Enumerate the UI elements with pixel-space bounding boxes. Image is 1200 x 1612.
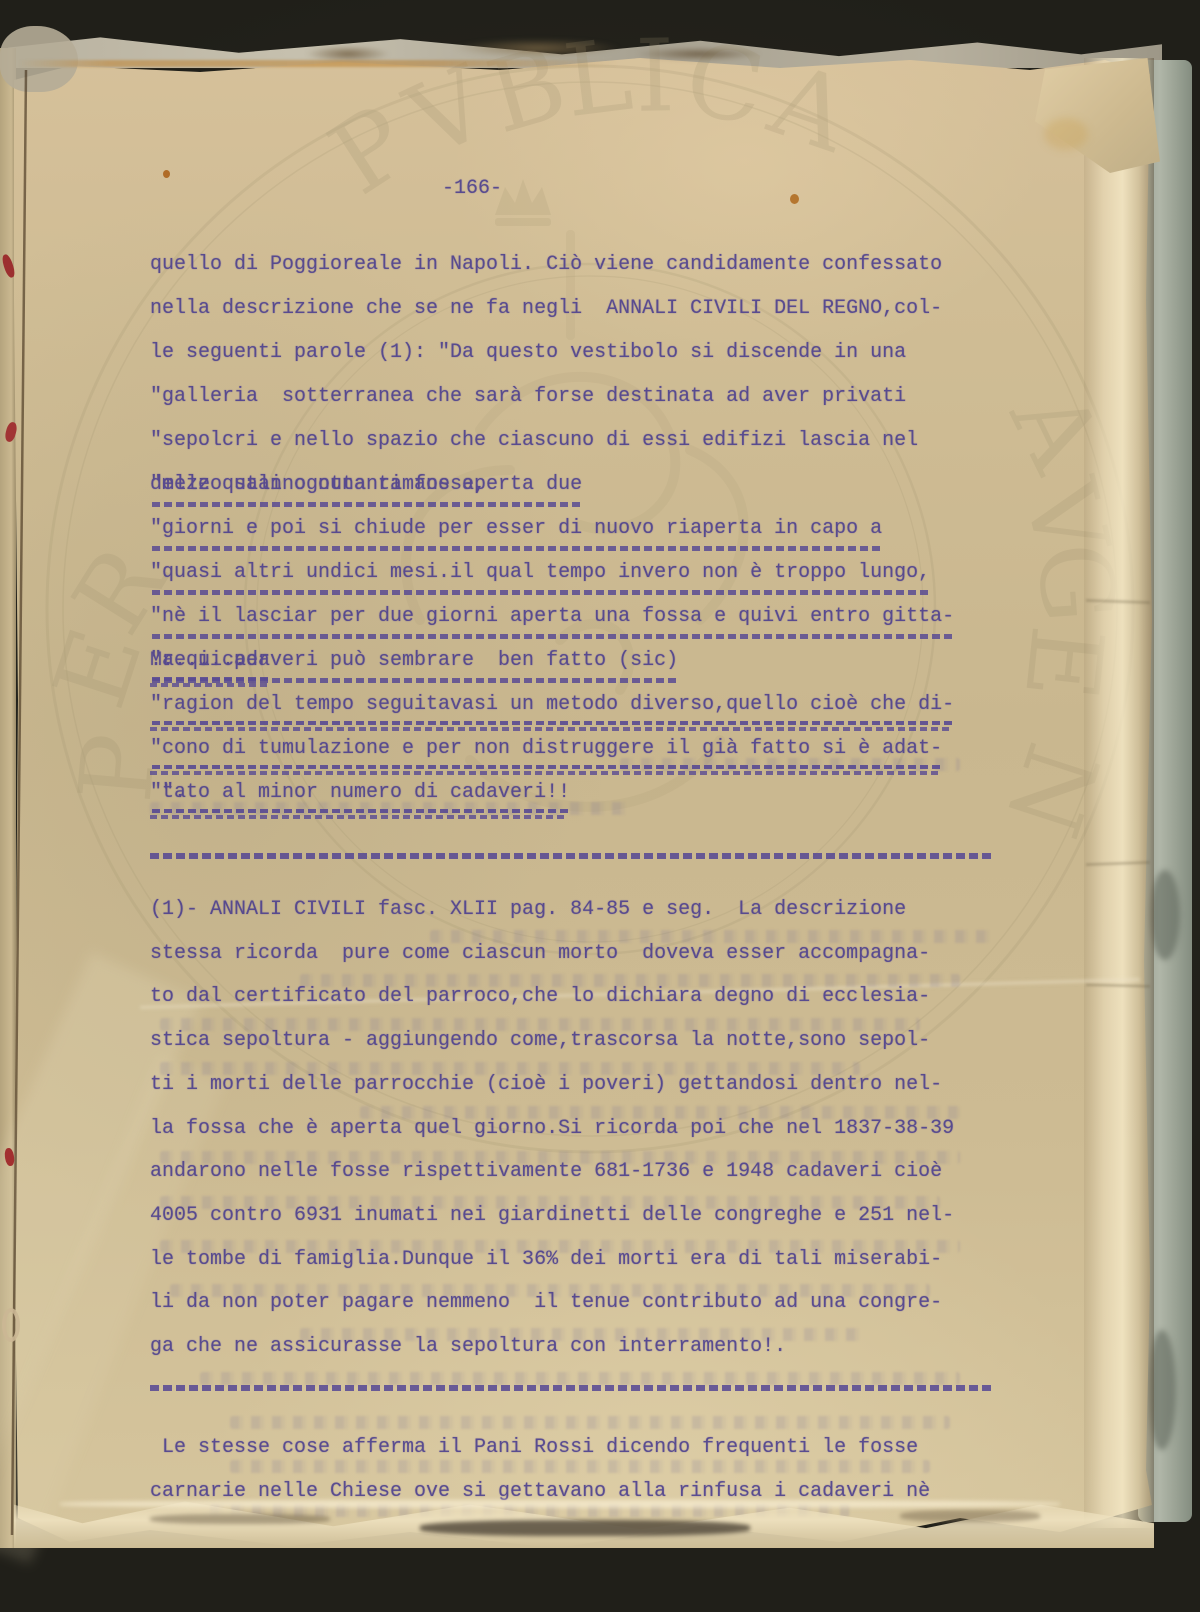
typewritten-text: le tombe di famiglia.Dunque il 36% dei m… [150,1247,942,1273]
typewritten-text: ". [150,780,186,806]
typewritten-text: (1)- ANNALI CIVILI fasc. XLII pag. 84-85… [150,897,906,923]
typewritten-text: to dal certificato del parroco,che lo di… [150,984,930,1010]
typewritten-text: stica sepoltura - aggiungendo come,trasc… [150,1028,930,1054]
typewritten-text: la fossa che è aperta quel giorno.Si ric… [150,1116,954,1142]
underlined-typewritten-text: "cono di tumulazione e per non distrugge… [150,736,942,762]
bottom-edge-dark-streak [150,1514,330,1524]
typewritten-text: le seguenti parole (1): "Da questo vesti… [150,340,906,366]
typewritten-text: nella descrizione che se ne fa negli ANN… [150,296,942,322]
typewritten-text: ti i morti delle parrocchie (cioè i pove… [150,1072,942,1098]
page-number: -166- [442,176,502,202]
typewritten-text: "galleria sotterranea che sarà forse des… [150,384,906,410]
typed-separator-line [150,853,992,859]
typewritten-text: li da non poter pagare nemmeno il tenue … [150,1290,942,1316]
underlined-typewritten-text: "ragion del tempo seguitavasi un metodo … [150,692,954,718]
typewritten-text: ga che ne assicurasse la sepoltura con i… [150,1334,786,1360]
typewritten-text: andarono nelle fosse rispettivamente 681… [150,1159,942,1185]
scanned-document-photo: P V B L I C A R E P A V G E N [0,0,1200,1612]
underlined-typewritten-text: "tato al minor numero di cadaveri!! [150,780,570,806]
bottom-edge-dark-streak [900,1510,1040,1522]
typewritten-text: 4005 contro 6931 inumati nei giardinetti… [150,1203,954,1229]
underlined-typewritten-text: "giorni e poi si chiude per esser di nuo… [150,516,882,542]
typewritten-text: Le stesse cose afferma il Pani Rossi dic… [150,1435,918,1461]
typewritten-text: stessa ricorda pure come ciascun morto d… [150,941,930,967]
bottom-edge-highlight [60,1500,1060,1508]
underlined-typewritten-text: delle quali ognuna rimane aperta due [150,472,582,498]
underlined-typewritten-text: "nè il lasciar per due giorni aperta una… [150,604,954,630]
typewritten-text: quello di Poggioreale in Napoli. Ciò vie… [150,252,942,278]
typed-separator-line [150,1385,992,1391]
typewritten-text: "sepolcri e nello spazio che ciascuno di… [150,428,918,454]
underlined-typewritten-text: Ma qui per [150,648,270,674]
typewritten-text-layer: -166- quello di Poggioreale in Napoli. C… [0,0,1200,1612]
bottom-edge-dark-streak [420,1520,750,1536]
underlined-typewritten-text: "quasi altri undici mesi.il qual tempo i… [150,560,930,586]
